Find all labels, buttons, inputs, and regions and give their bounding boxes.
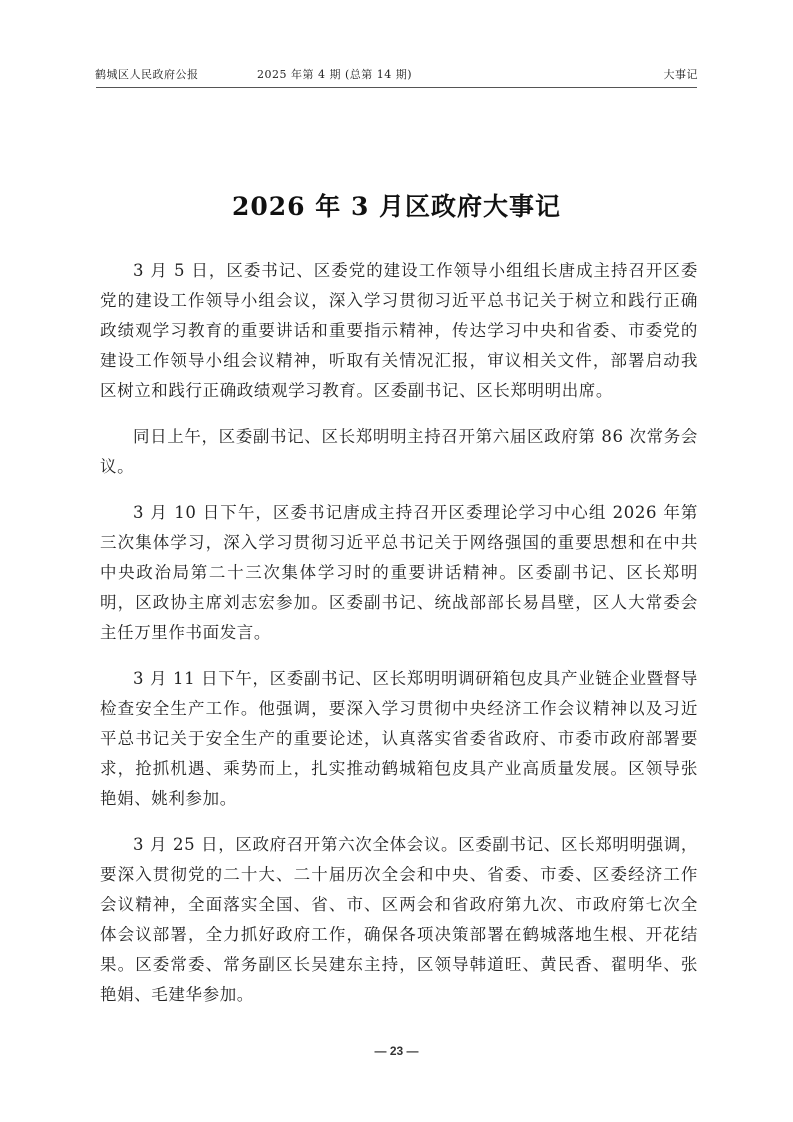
page-number: — 23 — — [0, 1044, 793, 1058]
paragraph-mar-25: 3 月 25 日，区政府召开第六次全体会议。区委副书记、区长郑明明强调，要深入贯… — [100, 830, 698, 1010]
running-header: 鹤城区人民政府公报 2025 年第 4 期 (总第 14 期) 大事记 — [95, 66, 698, 82]
paragraph-mar-10: 3 月 10 日下午，区委书记唐成主持召开区委理论学习中心组 2026 年第三次… — [100, 498, 698, 648]
issue-label: 2025 年第 4 期 (总第 14 期) — [257, 66, 412, 82]
publication-name: 鹤城区人民政府公报 — [95, 66, 199, 82]
header-divider — [96, 87, 697, 88]
section-label: 大事记 — [664, 66, 699, 82]
paragraph-mar-11: 3 月 11 日下午，区委副书记、区长郑明明调研箱包皮具产业链企业暨督导检查安全… — [100, 664, 698, 814]
paragraph-mar-5: 3 月 5 日，区委书记、区委党的建设工作领导小组组长唐成主持召开区委党的建设工… — [100, 256, 698, 406]
document-body: 3 月 5 日，区委书记、区委党的建设工作领导小组组长唐成主持召开区委党的建设工… — [100, 256, 698, 1026]
paragraph-same-day: 同日上午，区委副书记、区长郑明明主持召开第六届区政府第 86 次常务会议。 — [100, 422, 698, 482]
page-title: 2026 年 3 月区政府大事记 — [0, 187, 793, 223]
